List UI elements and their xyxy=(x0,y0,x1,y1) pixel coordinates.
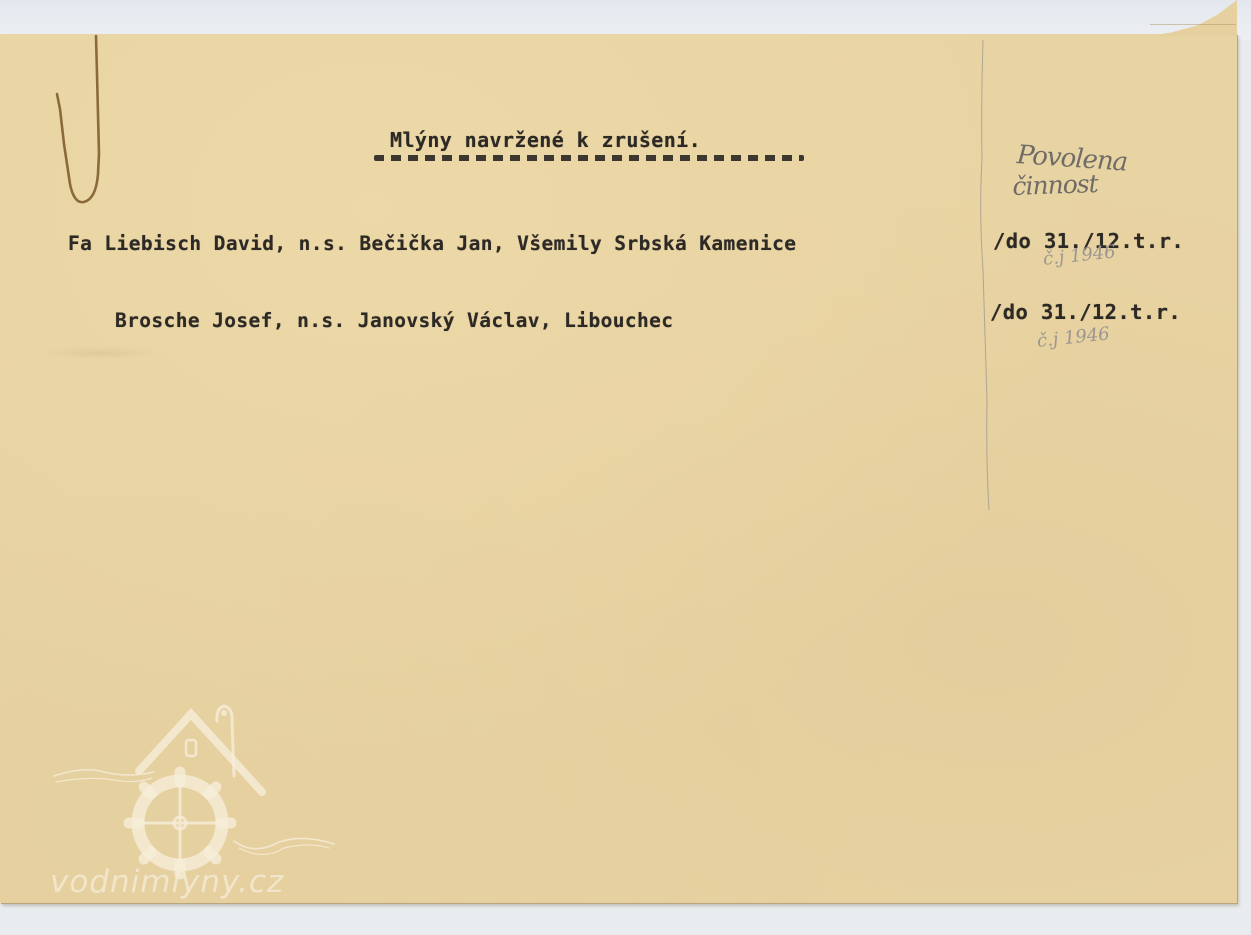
watermark-text: vodnimlyny.cz xyxy=(50,864,284,900)
entry-1-text: Fa Liebisch David, n.s. Bečička Jan, Vše… xyxy=(68,232,796,255)
pencil-margin-line xyxy=(975,40,995,510)
paperclip-stain-icon xyxy=(52,34,102,204)
title-underline xyxy=(374,155,804,161)
smudge xyxy=(40,346,160,360)
entry-2-deadline: /do 31./12.t.r. xyxy=(990,300,1181,324)
margin-note-line-2: činnost xyxy=(1012,169,1098,201)
entry-2-text: Brosche Josef, n.s. Janovský Václav, Lib… xyxy=(115,309,673,332)
document-title: Mlýny navržené k zrušení. xyxy=(390,128,701,152)
fold-line xyxy=(1150,24,1236,25)
